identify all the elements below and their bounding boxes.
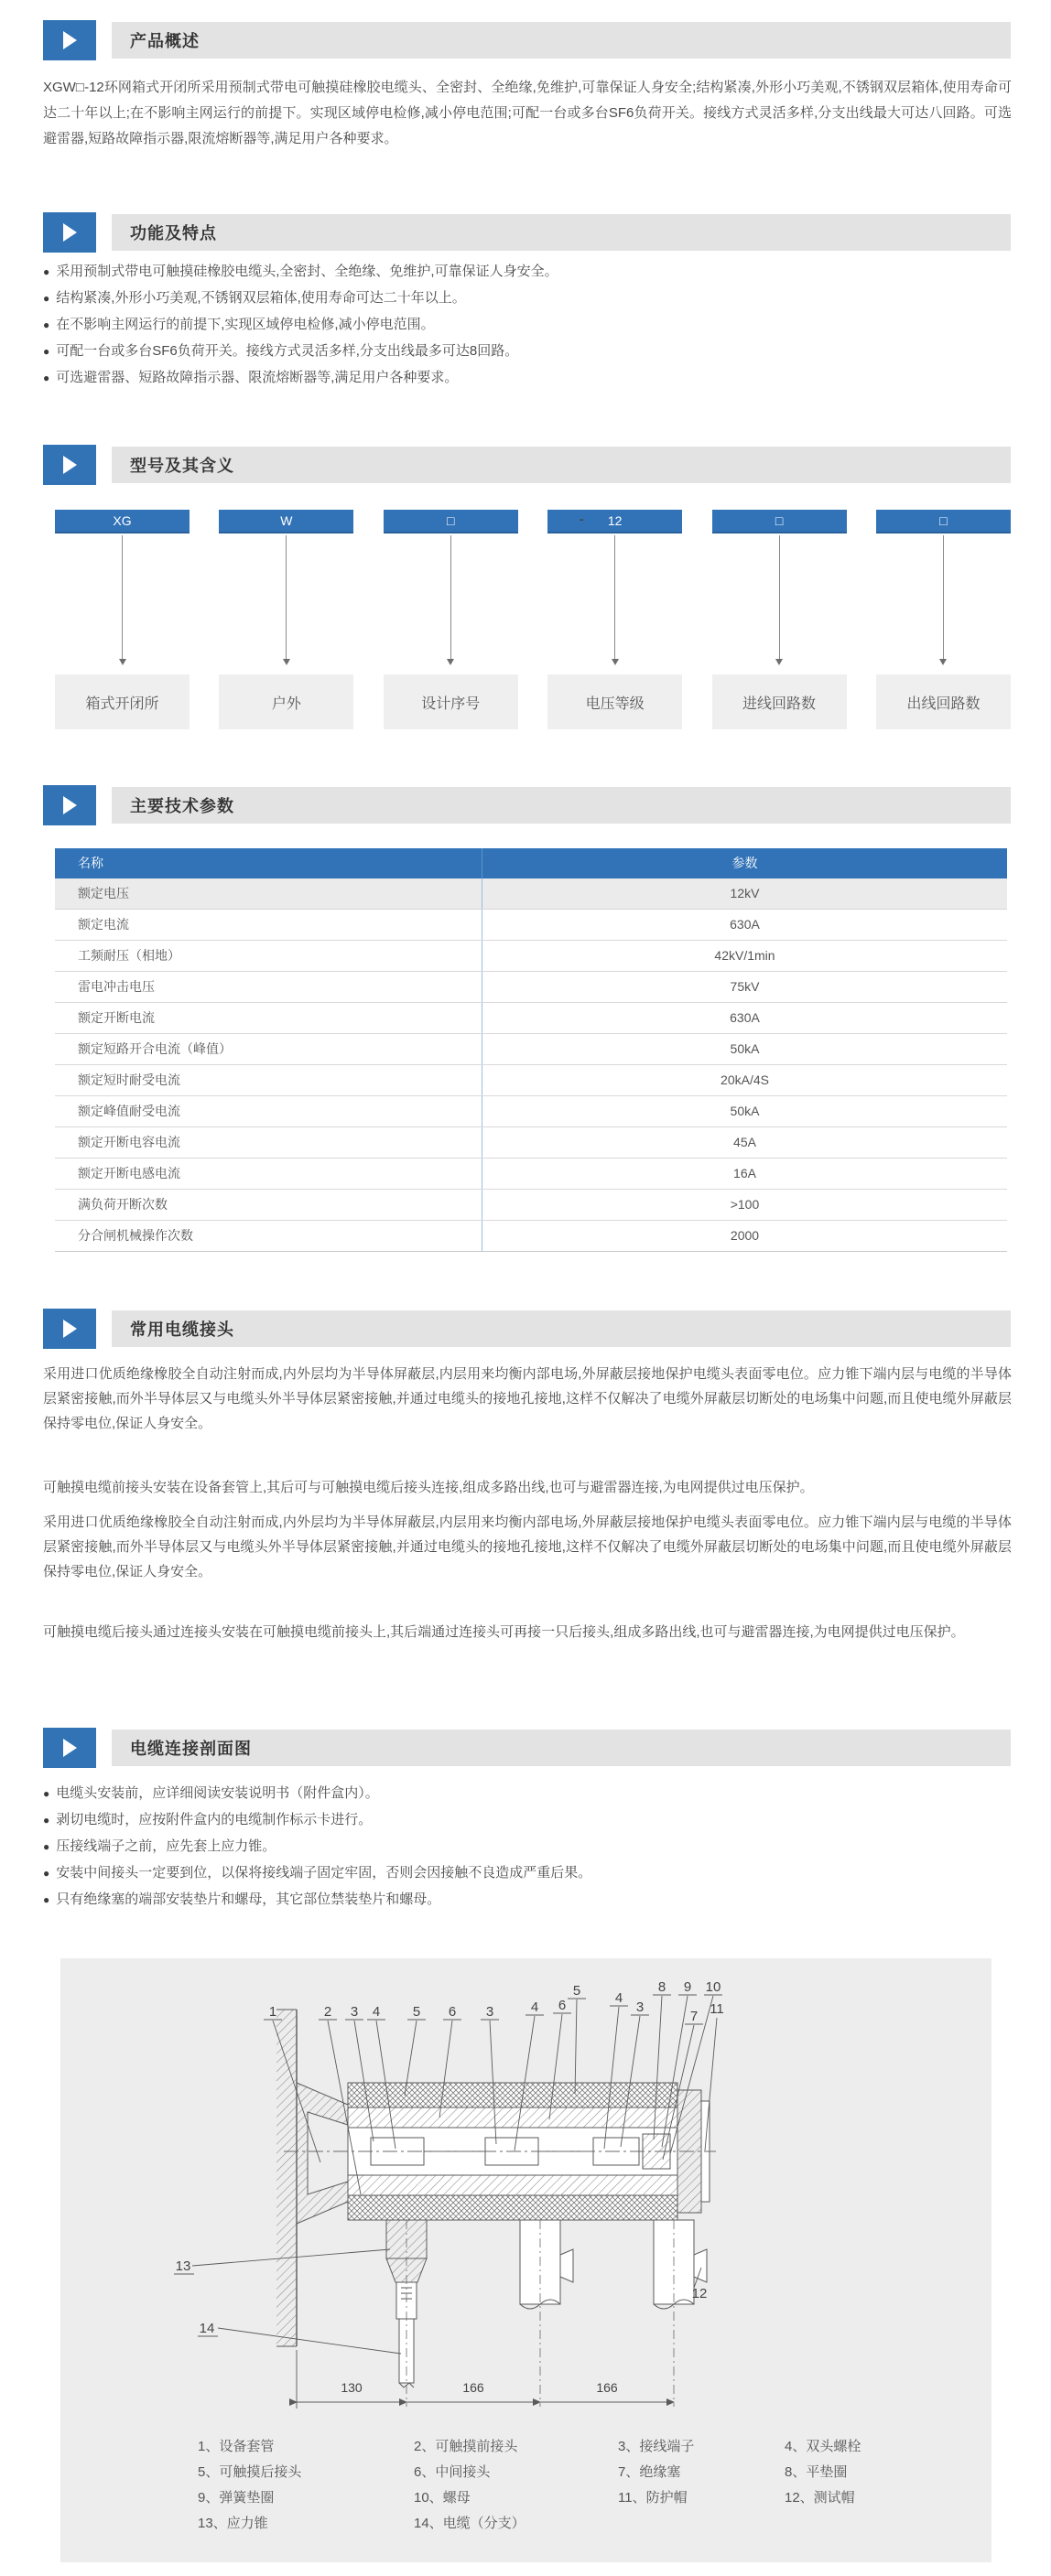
legend-item: 12、测试帽 — [785, 2487, 958, 2513]
section-title: 型号及其含义 — [130, 453, 234, 477]
callout-number: 9 — [684, 1979, 691, 1995]
cell-name: 雷电冲击电压 — [55, 972, 482, 1002]
section-header-model: 型号及其含义 — [43, 445, 1011, 485]
cell-value: 630A — [482, 910, 1007, 940]
model-dash-separator: - — [580, 512, 584, 526]
diagram-notes: ●电缆头安装前，应详细阅读安装说明书（附件盒内）。 ●剥切电缆时，应按附件盒内的… — [43, 1783, 1012, 1915]
model-label-box: 电压等级 — [547, 674, 682, 729]
play-icon — [43, 445, 96, 485]
bullet-icon: ● — [43, 265, 49, 278]
callout-number: 3 — [351, 2004, 358, 2020]
play-icon — [43, 1728, 96, 1768]
section-header-features: 功能及特点 — [43, 212, 1011, 253]
list-item: ●电缆头安装前，应详细阅读安装说明书（附件盒内）。 — [43, 1783, 1012, 1809]
bullet-icon: ● — [43, 318, 49, 331]
table-row: 额定电压12kV — [55, 878, 1007, 910]
cell-value: 12kV — [482, 878, 1007, 909]
play-icon — [43, 1309, 96, 1349]
callout-number: 1 — [269, 2004, 276, 2020]
section-header-params: 主要技术参数 — [43, 785, 1011, 825]
legend-item: 3、接线端子 — [618, 2436, 785, 2462]
list-item: ●压接线端子之前，应先套上应力锥。 — [43, 1836, 1012, 1862]
model-label-box: 箱式开闭所 — [55, 674, 190, 729]
list-item: ●安装中间接头一定要到位，以保将接线端子固定牢固，否则会因接触不良造成严重后果。 — [43, 1862, 1012, 1889]
legend-item: 2、可触摸前接头 — [414, 2436, 618, 2462]
legend-item: 11、防护帽 — [618, 2487, 785, 2513]
model-code-box: W — [219, 510, 353, 534]
play-icon — [43, 20, 96, 60]
model-code-box: □ — [712, 510, 847, 534]
feature-text: 采用预制式带电可触摸硅橡胶电缆头,全密封、全绝缘、免维护,可靠保证人身安全。 — [56, 261, 558, 280]
cell-value: 630A — [482, 1003, 1007, 1033]
cell-value: 50kA — [482, 1034, 1007, 1064]
callout-number: 4 — [531, 1999, 538, 2015]
list-item: ●只有绝缘塞的端部安装垫片和螺母，其它部位禁装垫片和螺母。 — [43, 1889, 1012, 1915]
feature-text: 可选避雷器、短路故障指示器、限流熔断器等,满足用户各种要求。 — [56, 367, 458, 386]
legend-item: 8、平垫圈 — [785, 2462, 958, 2487]
model-label-row: 箱式开闭所 户外 设计序号 电压等级 进线回路数 出线回路数 — [55, 674, 1011, 729]
section-title-bar: 电缆连接剖面图 — [112, 1730, 1011, 1766]
cell-value: 45A — [482, 1127, 1007, 1158]
callout-number: 13 — [176, 2258, 191, 2274]
cell-value: 42kV/1min — [482, 941, 1007, 971]
diagram-figure: 1 2 3 4 5 6 3 4 6 5 4 3 8 9 10 7 11 13 1… — [60, 1958, 991, 2562]
list-item: ●在不影响主网运行的前提下,实现区域停电检修,减小停电范围。 — [43, 314, 1012, 340]
section-header-overview: 产品概述 — [43, 20, 1011, 60]
cell-name: 额定电压 — [55, 878, 482, 909]
table-row: 额定短时耐受电流20kA/4S — [55, 1065, 1007, 1096]
feature-text: 结构紧凑,外形小巧美观,不锈钢双层箱体,使用寿命可达二十年以上。 — [56, 287, 466, 307]
section-title: 产品概述 — [130, 28, 200, 52]
section-title: 电缆连接剖面图 — [130, 1736, 252, 1760]
product-spec-page: 产品概述 XGW□-12环网箱式开闭所采用预制式带电可触摸硅橡胶电缆头、全密封、… — [0, 0, 1051, 2576]
model-code-box: □ — [384, 510, 518, 534]
callout-number: 14 — [200, 2321, 215, 2336]
callout-number: 7 — [690, 2009, 698, 2024]
table-header-row: 名称 参数 — [55, 848, 1007, 878]
table-row: 分合闸机械操作次数2000 — [55, 1221, 1007, 1252]
callout-number: 6 — [558, 1998, 566, 2013]
legend-item: 9、弹簧垫圈 — [198, 2487, 414, 2513]
table-row: 工频耐压（相地）42kV/1min — [55, 941, 1007, 972]
callout-number: 4 — [615, 1990, 623, 2006]
bullet-icon: ● — [43, 1867, 49, 1880]
bullet-icon: ● — [43, 1814, 49, 1827]
callout-number: 8 — [658, 1979, 666, 1995]
section-title-bar: 产品概述 — [112, 22, 1011, 59]
model-arrow — [384, 535, 518, 665]
table-row: 雷电冲击电压75kV — [55, 972, 1007, 1003]
section-title-bar: 主要技术参数 — [112, 787, 1011, 824]
cell-name: 分合闸机械操作次数 — [55, 1221, 482, 1251]
feature-text: 可配一台或多台SF6负荷开关。接线方式灵活多样,分支出线最多可达8回路。 — [56, 340, 518, 360]
cell-name: 额定短时耐受电流 — [55, 1065, 482, 1095]
model-label-box: 进线回路数 — [712, 674, 847, 729]
cell-value: 75kV — [482, 972, 1007, 1002]
bullet-icon: ● — [43, 1893, 49, 1906]
dimension-label: 130 — [341, 2380, 363, 2395]
cell-value: 16A — [482, 1159, 1007, 1189]
section-title: 常用电缆接头 — [130, 1317, 234, 1341]
section-title: 主要技术参数 — [130, 793, 234, 817]
dimension-lines: 130 166 166 — [297, 2350, 674, 2409]
table-row: 额定电流630A — [55, 910, 1007, 941]
list-item: ●可配一台或多台SF6负荷开关。接线方式灵活多样,分支出线最多可达8回路。 — [43, 340, 1012, 367]
test-cap-clamp — [694, 2249, 707, 2282]
legend-item: 7、绝缘塞 — [618, 2462, 785, 2487]
play-icon — [43, 785, 96, 825]
cell-value: 50kA — [482, 1096, 1007, 1126]
connectors-paragraph: 采用进口优质绝缘橡胶全自动注射而成,内外层均为半导体屏蔽层,内层用来均衡内部电场… — [43, 1362, 1012, 1436]
legend-item: 4、双头螺栓 — [785, 2436, 958, 2462]
callout-number: 3 — [636, 1999, 644, 2015]
model-label-box: 户外 — [219, 674, 353, 729]
wall-hatch — [276, 2010, 297, 2346]
table-row: 额定短路开合电流（峰值）50kA — [55, 1034, 1007, 1065]
legend-item: 13、应力锥 — [198, 2513, 414, 2538]
callout-number: 5 — [413, 2004, 420, 2020]
cell-name: 额定开断电感电流 — [55, 1159, 482, 1189]
note-text: 只有绝缘塞的端部安装垫片和螺母，其它部位禁装垫片和螺母。 — [56, 1889, 440, 1908]
overview-paragraph: XGW□-12环网箱式开闭所采用预制式带电可触摸硅橡胶电缆头、全密封、全绝缘,免… — [43, 75, 1012, 152]
callout-number: 11 — [710, 2001, 723, 2017]
callout-number: 10 — [706, 1979, 721, 1995]
cell-name: 额定短路开合电流（峰值） — [55, 1034, 482, 1064]
model-arrows — [55, 535, 1011, 665]
list-item: ●结构紧凑,外形小巧美观,不锈钢双层箱体,使用寿命可达二十年以上。 — [43, 287, 1012, 314]
legend-item: 1、设备套管 — [198, 2436, 414, 2462]
table-header-value: 参数 — [482, 848, 1007, 878]
section-title: 功能及特点 — [130, 221, 217, 244]
list-item: ●采用预制式带电可触摸硅橡胶电缆头,全密封、全绝缘、免维护,可靠保证人身安全。 — [43, 261, 1012, 287]
callout-number: 6 — [449, 2004, 456, 2020]
connectors-paragraph: 采用进口优质绝缘橡胶全自动注射而成,内外层均为半导体屏蔽层,内层用来均衡内部电场… — [43, 1510, 1012, 1584]
bullet-icon: ● — [43, 345, 49, 358]
cutaway-drawing: 1 2 3 4 5 6 3 4 6 5 4 3 8 9 10 7 11 13 1… — [165, 1975, 723, 2423]
callout-number: 5 — [573, 1983, 580, 1999]
note-text: 压接线端子之前，应先套上应力锥。 — [56, 1836, 276, 1855]
note-text: 剥切电缆时，应按附件盒内的电缆制作标示卡进行。 — [56, 1809, 372, 1828]
table-row: 额定峰值耐受电流50kA — [55, 1096, 1007, 1127]
section-header-diagram: 电缆连接剖面图 — [43, 1728, 1011, 1768]
params-table: 名称 参数 额定电压12kV 额定电流630A 工频耐压（相地）42kV/1mi… — [55, 848, 1007, 1252]
dimension-label: 166 — [596, 2380, 618, 2395]
cell-name: 额定开断电流 — [55, 1003, 482, 1033]
section-header-connectors: 常用电缆接头 — [43, 1309, 1011, 1349]
model-code-row: XG W □ 12 □ □ - — [55, 510, 1011, 532]
legend-item: 5、可触摸后接头 — [198, 2462, 414, 2487]
bullet-icon: ● — [43, 1787, 49, 1800]
cell-name: 额定电流 — [55, 910, 482, 940]
cell-name: 满负荷开断次数 — [55, 1190, 482, 1220]
cell-name: 工频耐压（相地） — [55, 941, 482, 971]
table-row: 额定开断电容电流45A — [55, 1127, 1007, 1159]
features-list: ●采用预制式带电可触摸硅橡胶电缆头,全密封、全绝缘、免维护,可靠保证人身安全。 … — [43, 261, 1012, 393]
connectors-paragraph: 可触摸电缆后接头通过连接头安装在可触摸电缆前接头上,其后端通过连接头可再接一只后… — [43, 1620, 1012, 1644]
model-label-box: 出线回路数 — [876, 674, 1011, 729]
table-row: 额定开断电流630A — [55, 1003, 1007, 1034]
callout-number: 12 — [692, 2286, 708, 2301]
cell-value: 20kA/4S — [482, 1065, 1007, 1095]
section-title-bar: 型号及其含义 — [112, 447, 1011, 483]
legend-item: 10、螺母 — [414, 2487, 618, 2513]
model-arrow — [547, 535, 682, 665]
list-item: ●剥切电缆时，应按附件盒内的电缆制作标示卡进行。 — [43, 1809, 1012, 1836]
callout-number: 2 — [324, 2004, 331, 2020]
connectors-paragraph: 可触摸电缆前接头安装在设备套管上,其后可与可触摸电缆后接头连接,组成多路出线,也… — [43, 1475, 1012, 1500]
cell-name: 额定开断电容电流 — [55, 1127, 482, 1158]
legend-item: 6、中间接头 — [414, 2462, 618, 2487]
bullet-icon: ● — [43, 292, 49, 305]
table-header-name: 名称 — [55, 848, 482, 878]
table-row: 满负荷开断次数>100 — [55, 1190, 1007, 1221]
dimension-label: 166 — [462, 2380, 484, 2395]
model-arrow — [219, 535, 353, 665]
section-title-bar: 常用电缆接头 — [112, 1310, 1011, 1347]
callout-number: 4 — [373, 2004, 380, 2020]
cable-clamp — [560, 2249, 573, 2282]
section-title-bar: 功能及特点 — [112, 214, 1011, 251]
parts-legend: 1、设备套管 2、可触摸前接头 3、接线端子 4、双头螺栓 5、可触摸后接头 6… — [198, 2436, 958, 2538]
model-code-box: XG — [55, 510, 190, 534]
feature-text: 在不影响主网运行的前提下,实现区域停电检修,减小停电范围。 — [56, 314, 434, 333]
list-item: ●可选避雷器、短路故障指示器、限流熔断器等,满足用户各种要求。 — [43, 367, 1012, 393]
model-arrow — [876, 535, 1011, 665]
model-arrow — [55, 535, 190, 665]
cell-value: >100 — [482, 1190, 1007, 1220]
note-text: 安装中间接头一定要到位，以保将接线端子固定牢固，否则会因接触不良造成严重后果。 — [56, 1862, 591, 1881]
model-code-box: 12 — [547, 510, 682, 534]
play-icon — [43, 212, 96, 253]
table-row: 额定开断电感电流16A — [55, 1159, 1007, 1190]
model-arrow — [712, 535, 847, 665]
callout-number: 3 — [486, 2004, 493, 2020]
model-code-box: □ — [876, 510, 1011, 534]
cell-value: 2000 — [482, 1221, 1007, 1251]
bullet-icon: ● — [43, 372, 49, 384]
legend-item: 14、电缆（分支） — [414, 2513, 618, 2538]
cell-name: 额定峰值耐受电流 — [55, 1096, 482, 1126]
bullet-icon: ● — [43, 1840, 49, 1853]
model-label-box: 设计序号 — [384, 674, 518, 729]
note-text: 电缆头安装前，应详细阅读安装说明书（附件盒内）。 — [56, 1783, 379, 1802]
